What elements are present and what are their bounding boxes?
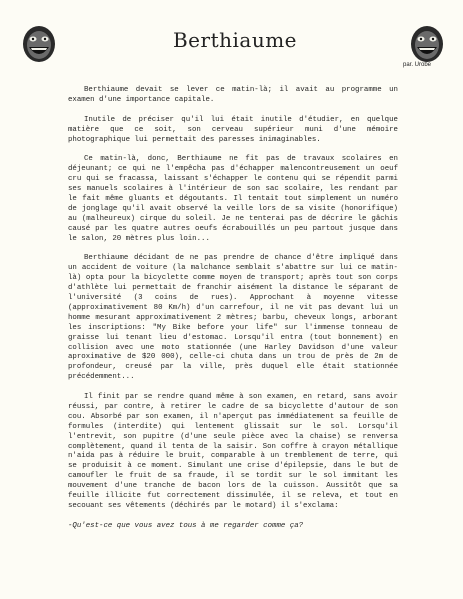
paragraph: Berthiaume décidant de ne pas prendre de…: [68, 254, 398, 383]
laughing-face-icon: [410, 25, 444, 63]
document-title: Berthiaume: [160, 28, 310, 52]
paragraph: Inutile de préciser qu'il lui était inut…: [68, 116, 398, 146]
story-body: Berthiaume devait se lever ce matin-là; …: [68, 86, 398, 542]
paragraph: Berthiaume devait se lever ce matin-là; …: [68, 86, 398, 106]
paragraph: Ce matin-là, donc, Berthiaume ne fit pas…: [68, 155, 398, 244]
paragraph: Il finit par se rendre quand même à son …: [68, 393, 398, 512]
author-byline: par. Urobe: [403, 62, 431, 68]
closing-quote: -Qu'est-ce que vous avez tous à me regar…: [68, 522, 398, 532]
laughing-face-icon: [22, 25, 56, 63]
